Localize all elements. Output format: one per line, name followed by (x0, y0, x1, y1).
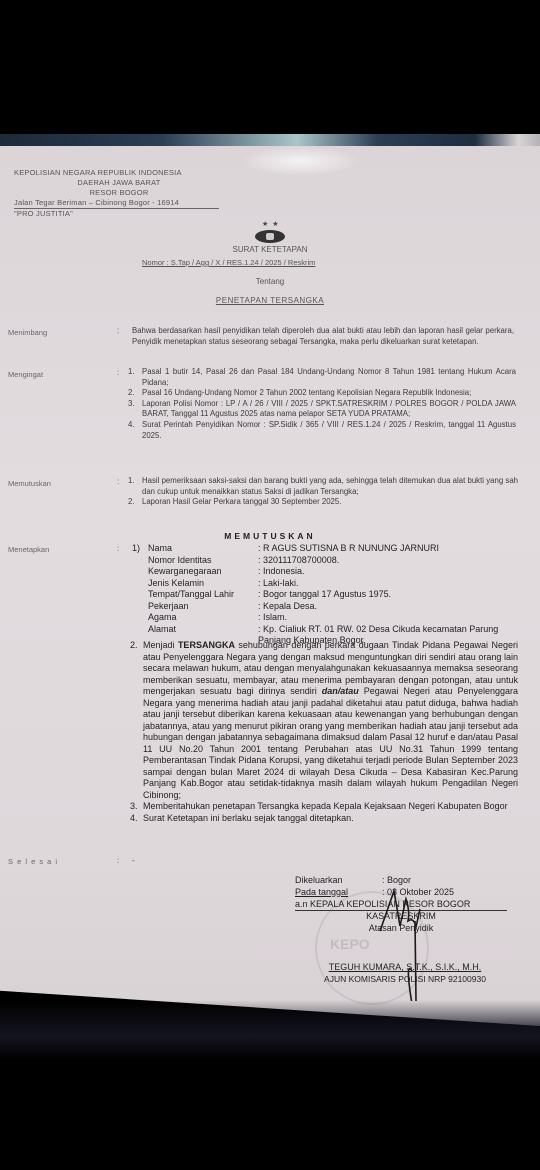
identity-key: Jenis Kelamin (148, 578, 258, 590)
paper-top-edge (0, 134, 540, 148)
menimbang-text: Bahwa berdasarkan hasil penyidikan telah… (132, 326, 514, 347)
menetapkan-item-4: 4.Surat Ketetapan ini berlaku sejak tang… (130, 813, 518, 825)
menimbang-colon: : (117, 326, 119, 335)
memperhatikan-colon: : (117, 477, 119, 486)
signatory-rank: AJUN KOMISARIS POLISI NRP 92100930 (300, 974, 510, 985)
identity-row: Nama: R AGUS SUTISNA B R NUNUNG JARNURI (148, 543, 518, 555)
bottom-shadow (0, 1000, 540, 1060)
letterhead-address: Jalan Tegar Beriman – Cibinong Bogor - 1… (14, 198, 219, 209)
identity-value: : Indonesia. (258, 566, 518, 578)
tersangka-emphasis: TERSANGKA (178, 640, 235, 650)
menetapkan-label: Menetapkan (8, 545, 49, 554)
mengingat-item: 3.Laporan Polisi Nomor : LP / A / 26 / V… (128, 399, 516, 420)
tanggal-label: Pada tanggal (295, 887, 348, 898)
identity-key: Tempat/Tanggal Lahir (148, 589, 258, 601)
letterhead-line: DAERAH JAWA BARAT (14, 178, 224, 188)
selesai-label: S e l e s a i (8, 857, 58, 866)
selesai-value: - (132, 856, 135, 865)
identity-row: Tempat/Tanggal Lahir: Bogor tanggal 17 A… (148, 589, 518, 601)
letterhead-line: RESOR BOGOR (14, 188, 224, 198)
identity-value: : Kepala Desa. (258, 601, 518, 613)
identity-value: : Laki-laki. (258, 578, 518, 590)
identity-table: Nama: R AGUS SUTISNA B R NUNUNG JARNURIN… (148, 543, 518, 647)
identity-key: Agama (148, 612, 258, 624)
identity-row: Pekerjaan: Kepala Desa. (148, 601, 518, 613)
identity-row: Jenis Kelamin: Laki-laki. (148, 578, 518, 590)
memutuskan-heading: MEMUTUSKAN (0, 531, 540, 541)
memperhatikan-item: 1.Hasil pemeriksaan saksi-saksi dan bara… (128, 476, 518, 497)
menetapkan-colon: : (117, 544, 119, 553)
light-glare (240, 146, 360, 176)
menimbang-label: Menimbang (8, 328, 47, 337)
identity-value: : R AGUS SUTISNA B R NUNUNG JARNURI (258, 543, 518, 555)
menetapkan-item-3: 3.Memberitahukan penetapan Tersangka kep… (130, 801, 518, 813)
stamp-text: KEPO (330, 936, 370, 952)
dikeluarkan-label: Dikeluarkan (295, 875, 343, 886)
document-title: SURAT KETETAPAN (0, 245, 540, 254)
signatory-name: TEGUH KUMARA, S.T.K., S.I.K., M.H. (300, 962, 510, 973)
mengingat-list: 1.Pasal 1 butir 14, Pasal 26 dan Pasal 1… (128, 367, 516, 441)
mengingat-label: Mengingat (8, 370, 43, 379)
identity-key: Nomor Identitas (148, 555, 258, 567)
identity-row: Nomor Identitas: 320111708700008. (148, 555, 518, 567)
identity-key: Nama (148, 543, 258, 555)
menetapkan-list: 2.Menjadi TERSANGKA sehubungan dengan pe… (130, 640, 518, 824)
letterhead-line: KEPOLISIAN NEGARA REPUBLIK INDONESIA (14, 168, 224, 178)
menetapkan-item-2: 2.Menjadi TERSANGKA sehubungan dengan pe… (130, 640, 518, 801)
selesai-colon: : (117, 856, 119, 865)
letterhead: KEPOLISIAN NEGARA REPUBLIK INDONESIA DAE… (14, 168, 224, 219)
document-page: KEPOLISIAN NEGARA REPUBLIK INDONESIA DAE… (0, 146, 540, 1026)
mengingat-item: 1.Pasal 1 butir 14, Pasal 26 dan Pasal 1… (128, 367, 516, 388)
identity-value: : Islam. (258, 612, 518, 624)
identity-value: : 320111708700008. (258, 555, 518, 567)
identity-key: Pekerjaan (148, 601, 258, 613)
memperhatikan-item: 2.Laporan Hasil Gelar Perkara tanggal 30… (128, 497, 518, 508)
identity-row: Kewarganegaraan: Indonesia. (148, 566, 518, 578)
document-subject: PENETAPAN TERSANGKA (0, 296, 540, 305)
mengingat-item: 2.Pasal 16 Undang-Undang Nomor 2 Tahun 2… (128, 388, 516, 399)
police-emblem-icon (255, 230, 285, 243)
identity-key: Kewarganegaraan (148, 566, 258, 578)
item-1-number: 1) (132, 543, 140, 555)
identity-value: : Bogor tanggal 17 Agustus 1975. (258, 589, 518, 601)
memperhatikan-label: Memutuskan (8, 479, 51, 488)
dan-atau-emphasis: dan/atau (322, 686, 359, 696)
mengingat-item: 4.Surat Perintah Penyidikan Nomor : SP.S… (128, 420, 516, 441)
mengingat-colon: : (117, 368, 119, 377)
pro-justitia: "PRO JUSTITIA" (14, 209, 224, 219)
identity-row: Agama: Islam. (148, 612, 518, 624)
memperhatikan-list: 1.Hasil pemeriksaan saksi-saksi dan bara… (128, 476, 518, 508)
tentang-label: Tentang (0, 277, 540, 286)
document-number: Nomor : S.Tap / Agg / X / RES.1.24 / 202… (142, 258, 315, 267)
emblem-stars: ★ ★ (262, 220, 280, 228)
